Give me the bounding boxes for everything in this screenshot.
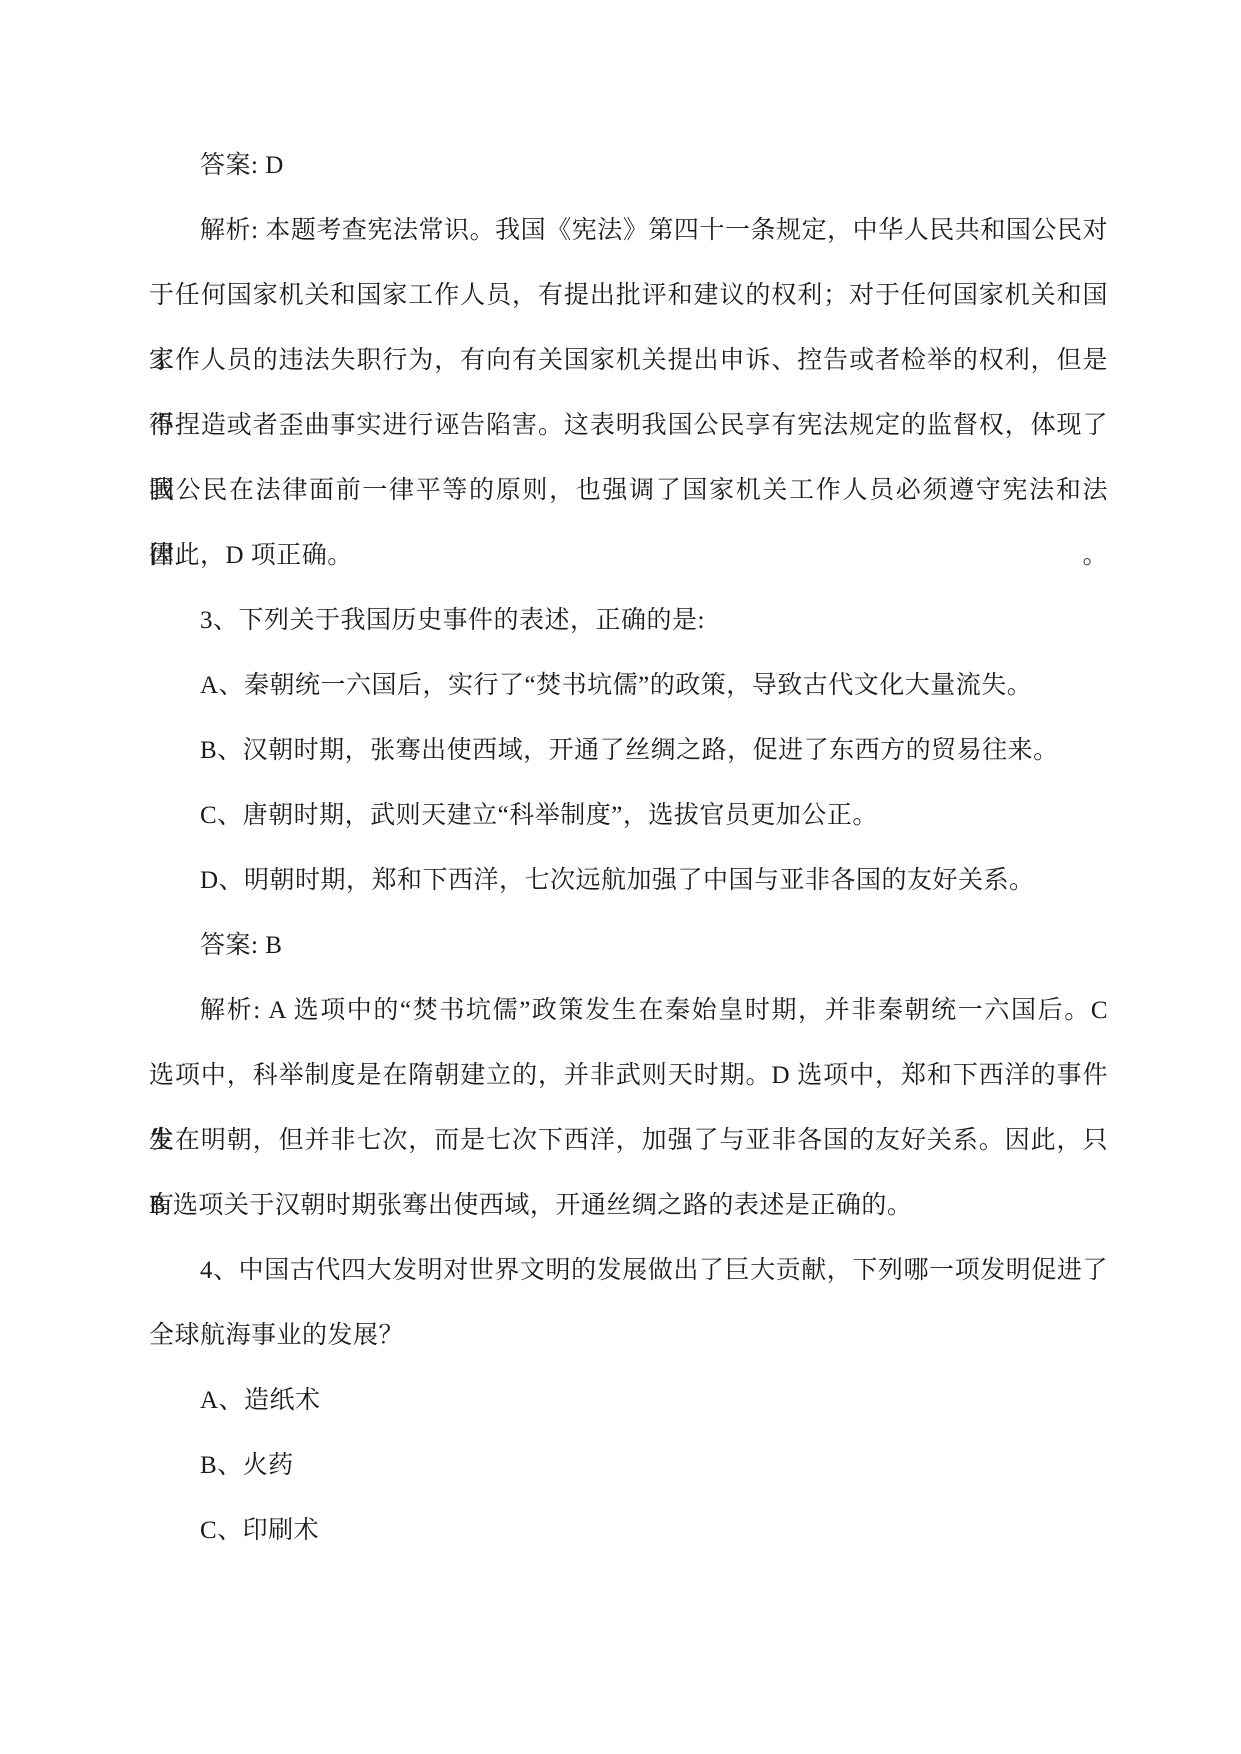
q4-option-a: A、造纸术 [149, 1368, 1108, 1433]
q3-explanation-line-1: 解析: A 选项中的“焚书坑儒”政策发生在秦始皇时期，并非秦朝统一六国后。C [149, 978, 1108, 1043]
q4-stem-line-2: 全球航海事业的发展？ [149, 1303, 1108, 1368]
q3-answer-line: 答案: B [149, 913, 1108, 978]
q3-explanation-line-2: 选项中，科举制度是在隋朝建立的，并非武则天时期。D 选项中，郑和下西洋的事件发 [149, 1043, 1108, 1108]
q3-stem: 3、下列关于我国历史事件的表述，正确的是: [149, 588, 1108, 653]
q2-explanation-line-3: 工作人员的违法失职行为，有向有关国家机关提出申诉、控告或者检举的权利，但是不 [149, 328, 1108, 393]
q2-explanation-line-5: 国公民在法律面前一律平等的原则，也强调了国家机关工作人员必须遵守宪法和法律。 [149, 458, 1108, 523]
q3-explanation-line-3: 生在明朝，但并非七次，而是七次下西洋，加强了与亚非各国的友好关系。因此，只有 [149, 1108, 1108, 1173]
document-content: 答案: D 解析: 本题考查宪法常识。我国《宪法》第四十一条规定，中华人民共和国… [149, 133, 1108, 1563]
q3-option-d: D、明朝时期，郑和下西洋，七次远航加强了中国与亚非各国的友好关系。 [149, 848, 1108, 913]
q3-option-c: C、唐朝时期，武则天建立“科举制度”，选拔官员更加公正。 [149, 783, 1108, 848]
q3-explanation-line-4: B 选项关于汉朝时期张骞出使西域，开通丝绸之路的表述是正确的。 [149, 1173, 1108, 1238]
q2-explanation-line-1: 解析: 本题考查宪法常识。我国《宪法》第四十一条规定，中华人民共和国公民对 [149, 198, 1108, 263]
q3-option-b: B、汉朝时期，张骞出使西域，开通了丝绸之路，促进了东西方的贸易往来。 [149, 718, 1108, 783]
q2-explanation-line-4: 得捏造或者歪曲事实进行诬告陷害。这表明我国公民享有宪法规定的监督权，体现了我 [149, 393, 1108, 458]
document-page: 答案: D 解析: 本题考查宪法常识。我国《宪法》第四十一条规定，中华人民共和国… [0, 0, 1241, 1754]
q4-option-c: C、印刷术 [149, 1498, 1108, 1563]
q3-option-a: A、秦朝统一六国后，实行了“焚书坑儒”的政策，导致古代文化大量流失。 [149, 653, 1108, 718]
q2-answer-line: 答案: D [149, 133, 1108, 198]
q4-stem-line-1: 4、中国古代四大发明对世界文明的发展做出了巨大贡献，下列哪一项发明促进了 [149, 1238, 1108, 1303]
q4-option-b: B、火药 [149, 1433, 1108, 1498]
q2-explanation-line-2: 于任何国家机关和国家工作人员，有提出批评和建议的权利；对于任何国家机关和国家 [149, 263, 1108, 328]
